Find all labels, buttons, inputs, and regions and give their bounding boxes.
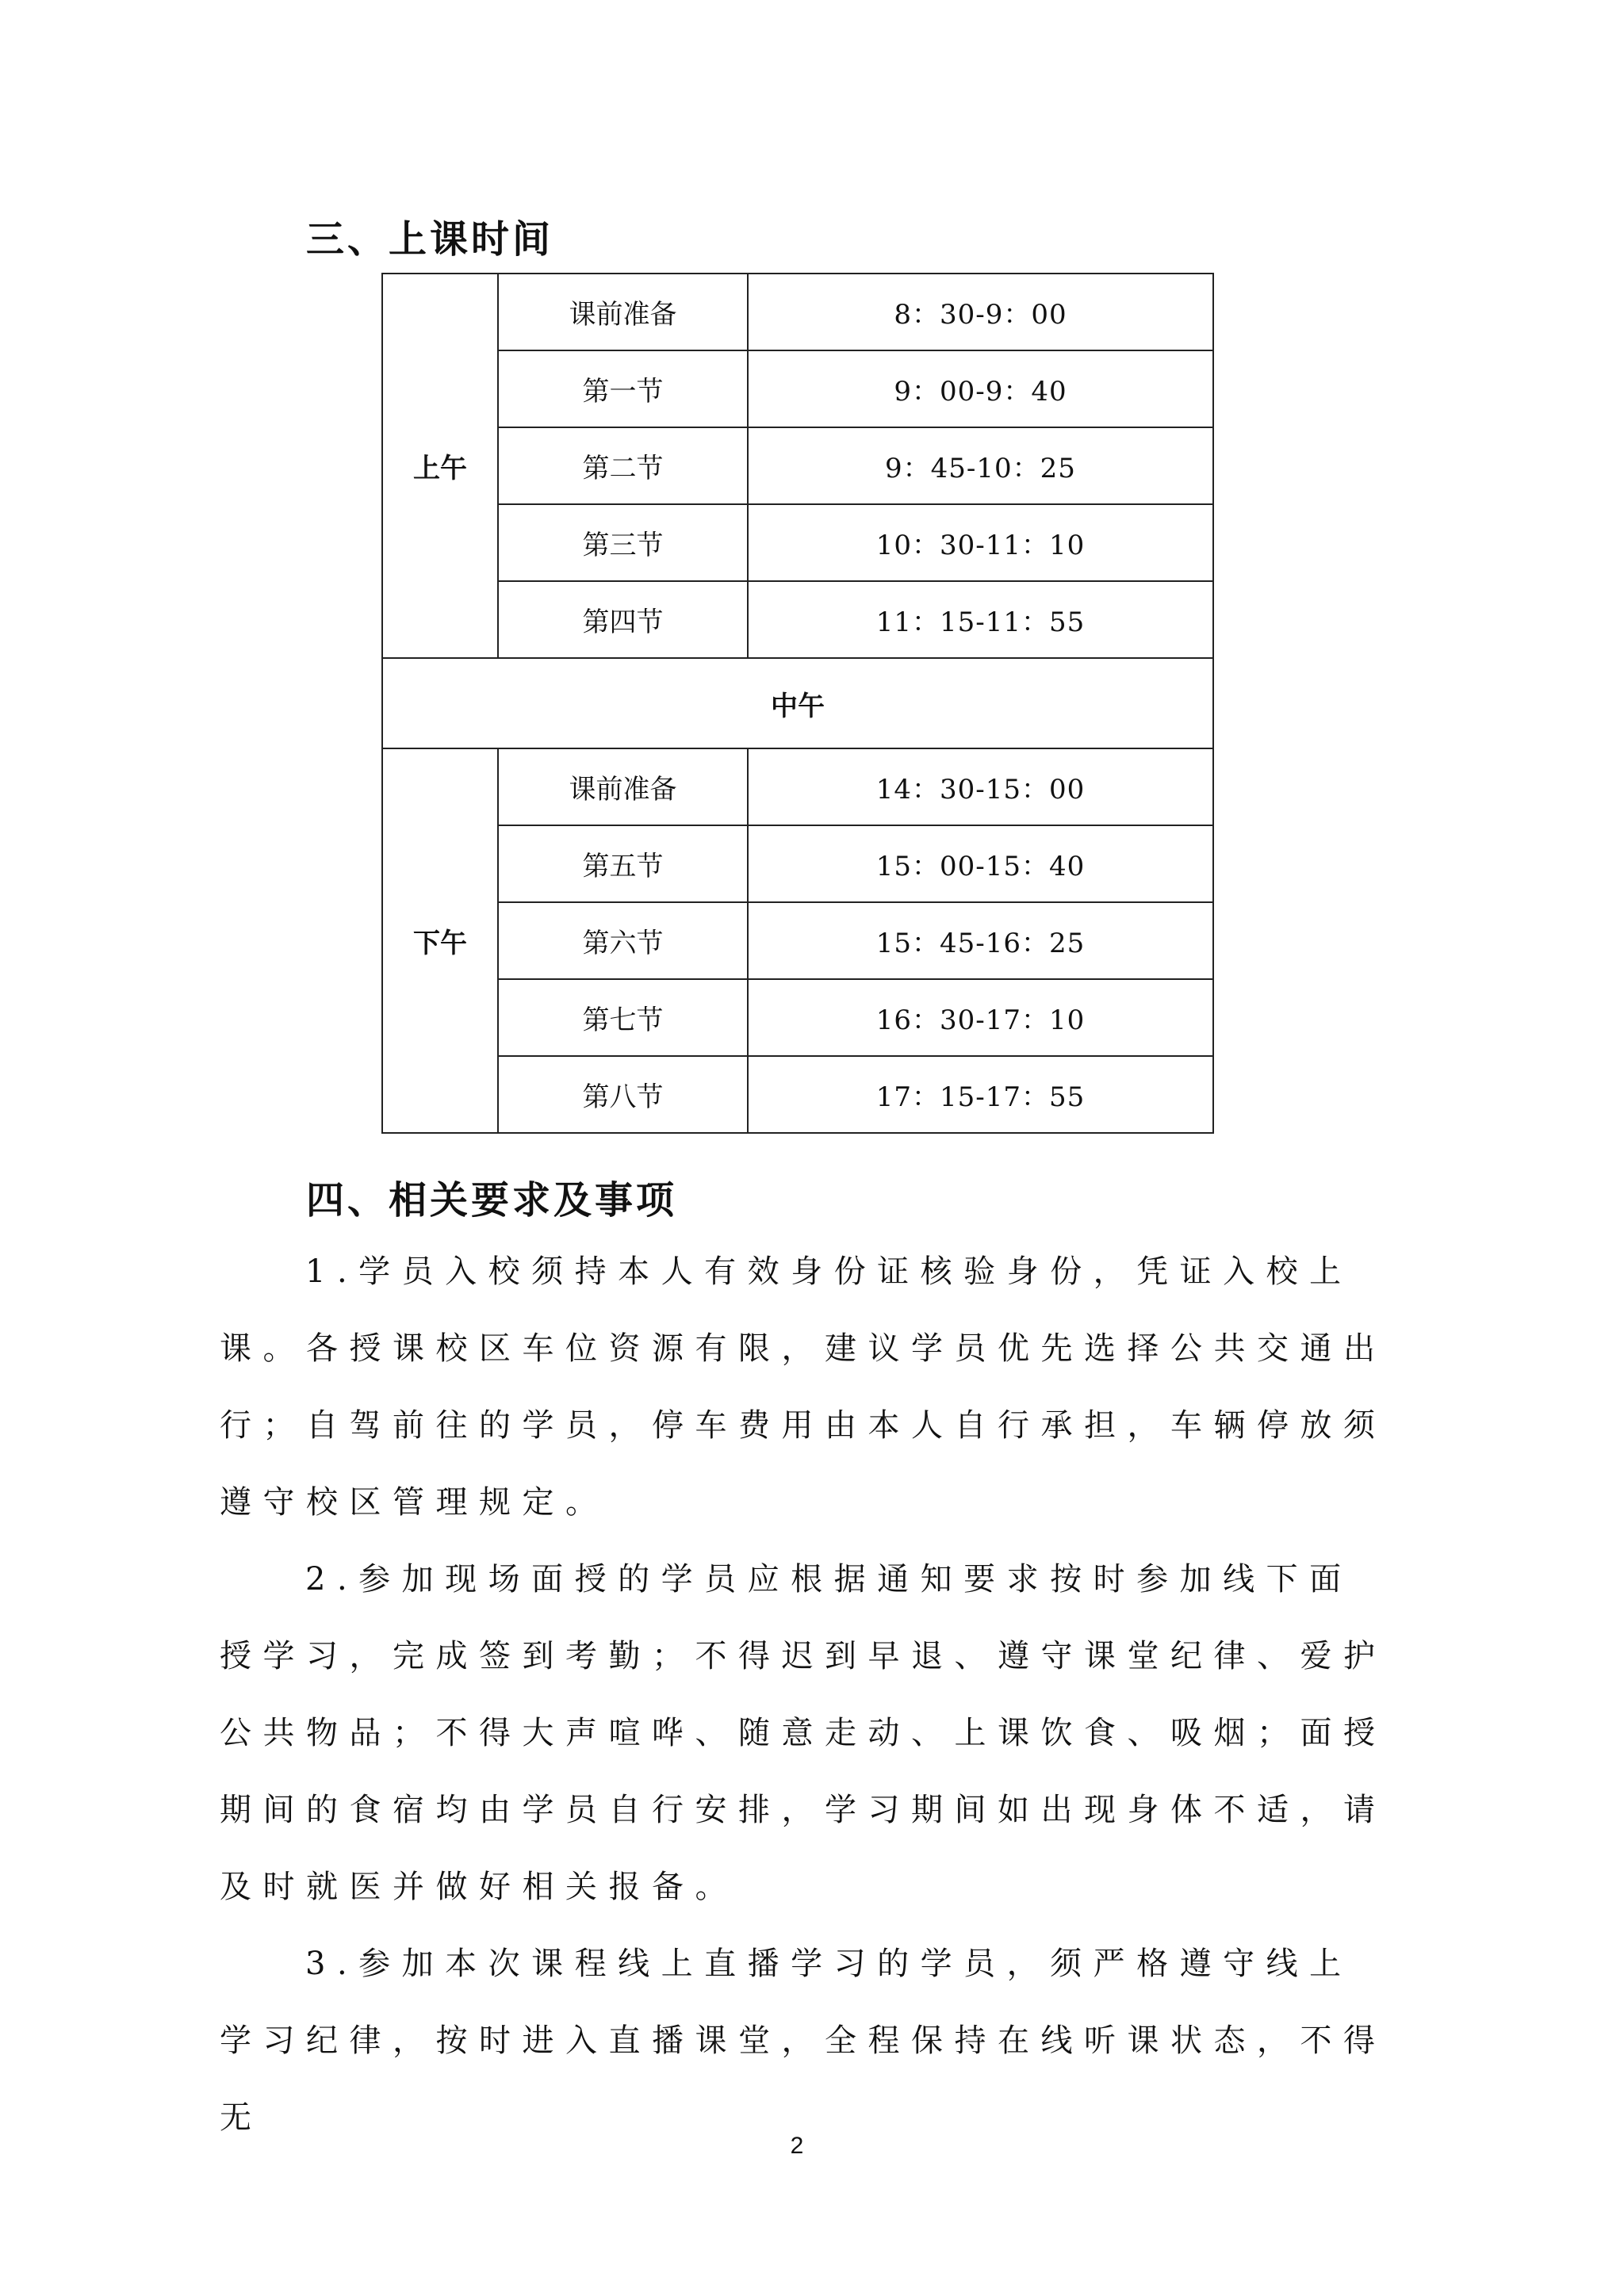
slot-time: 15：45-16：25: [748, 902, 1213, 979]
page-number: 2: [0, 2133, 1594, 2160]
slot-label: 第七节: [498, 979, 748, 1056]
slot-label: 第一节: [498, 350, 748, 427]
table-row: 第三节 10：30-11：10: [382, 504, 1213, 581]
period-morning: 上午: [382, 274, 498, 658]
table-row: 第四节 11：15-11：55: [382, 581, 1213, 658]
table-row: 下午 课前准备 14：30-15：00: [382, 748, 1213, 825]
slot-time: 10：30-11：10: [748, 504, 1213, 581]
period-noon: 中午: [382, 658, 1213, 748]
slot-label: 课前准备: [498, 748, 748, 825]
slot-time: 11：15-11：55: [748, 581, 1213, 658]
slot-label: 第三节: [498, 504, 748, 581]
table-row: 第八节 17：15-17：55: [382, 1056, 1213, 1133]
requirement-paragraph-3: 3.参加本次课程线上直播学习的学员，须严格遵守线上学习纪律，按时进入直播课堂，全…: [220, 1926, 1393, 2156]
table-row: 第二节 9：45-10：25: [382, 427, 1213, 504]
class-schedule-table: 上午 课前准备 8：30-9：00 第一节 9：00-9：40 第二节 9：45…: [381, 273, 1214, 1134]
requirements-body: 1.学员入校须持本人有效身份证核验身份，凭证入校上课。各授课校区车位资源有限，建…: [220, 1234, 1393, 2156]
slot-label: 第六节: [498, 902, 748, 979]
slot-time: 9：00-9：40: [748, 350, 1213, 427]
slot-label: 第四节: [498, 581, 748, 658]
requirement-paragraph-1: 1.学员入校须持本人有效身份证核验身份，凭证入校上课。各授课校区车位资源有限，建…: [220, 1234, 1393, 1541]
slot-time: 15：00-15：40: [748, 825, 1213, 902]
requirement-paragraph-2: 2.参加现场面授的学员应根据通知要求按时参加线下面授学习，完成签到考勤；不得迟到…: [220, 1541, 1393, 1926]
slot-time: 17：15-17：55: [748, 1056, 1213, 1133]
table-row: 第一节 9：00-9：40: [382, 350, 1213, 427]
slot-label: 课前准备: [498, 274, 748, 350]
table-row: 第六节 15：45-16：25: [382, 902, 1213, 979]
slot-time: 8：30-9：00: [748, 274, 1213, 350]
slot-time: 16：30-17：10: [748, 979, 1213, 1056]
slot-label: 第二节: [498, 427, 748, 504]
slot-label: 第八节: [498, 1056, 748, 1133]
table-row-noon: 中午: [382, 658, 1213, 748]
section-heading-class-time: 三、上课时间: [306, 216, 553, 263]
slot-label: 第五节: [498, 825, 748, 902]
table-row: 第七节 16：30-17：10: [382, 979, 1213, 1056]
period-afternoon: 下午: [382, 748, 498, 1133]
slot-time: 9：45-10：25: [748, 427, 1213, 504]
table-row: 上午 课前准备 8：30-9：00: [382, 274, 1213, 350]
section-heading-requirements: 四、相关要求及事项: [306, 1177, 677, 1224]
table-row: 第五节 15：00-15：40: [382, 825, 1213, 902]
slot-time: 14：30-15：00: [748, 748, 1213, 825]
